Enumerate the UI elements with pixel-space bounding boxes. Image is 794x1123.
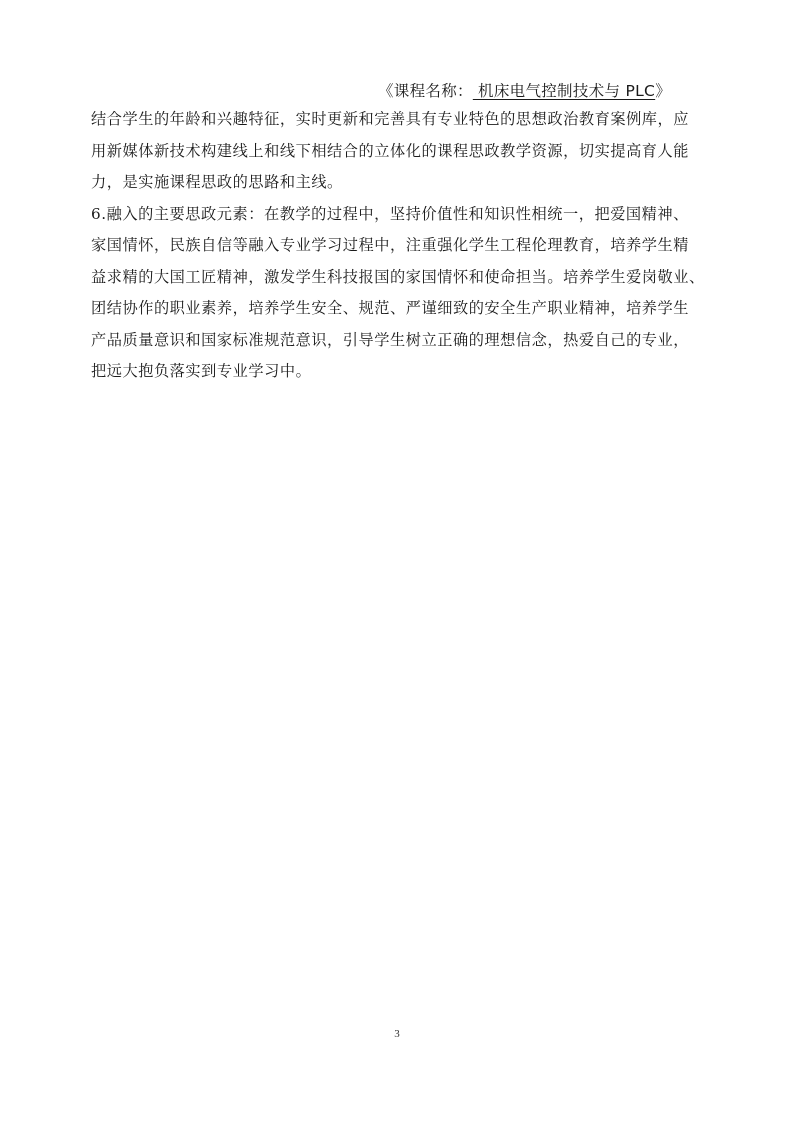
text-line: 力，是实施课程思政的思路和主线。: [91, 167, 711, 199]
course-title-suffix: 》: [655, 82, 671, 100]
text-line: 家国情怀，民族自信等融入专业学习过程中，注重强化学生工程伦理教育，培养学生精: [91, 230, 711, 262]
document-body: 结合学生的年龄和兴趣特征，实时更新和完善具有专业特色的思想政治教育案例库，应 用…: [91, 104, 711, 388]
text-line: 6.融入的主要思政元素：在教学的过程中，坚持价值性和知识性相统一，把爱国精神、: [91, 199, 711, 231]
text-line: 益求精的大国工匠精神，激发学生科技报国的家国情怀和使命担当。培养学生爱岗敬业、: [91, 262, 711, 294]
course-name: 机床电气控制技术与 PLC: [473, 82, 655, 100]
course-title-header: 《课程名称： 机床电气控制技术与 PLC》: [378, 79, 671, 101]
text-line: 用新媒体新技术构建线上和线下相结合的立体化的课程思政教学资源，切实提高育人能: [91, 136, 711, 168]
text-line: 结合学生的年龄和兴趣特征，实时更新和完善具有专业特色的思想政治教育案例库，应: [91, 104, 711, 136]
text-line: 把远大抱负落实到专业学习中。: [91, 356, 711, 388]
text-line: 产品质量意识和国家标准规范意识，引导学生树立正确的理想信念，热爱自己的专业，: [91, 325, 711, 357]
page-number: 3: [0, 1028, 794, 1040]
course-title-prefix: 《课程名称：: [378, 82, 473, 100]
text-line: 团结协作的职业素养，培养学生安全、规范、严谨细致的安全生产职业精神，培养学生: [91, 293, 711, 325]
